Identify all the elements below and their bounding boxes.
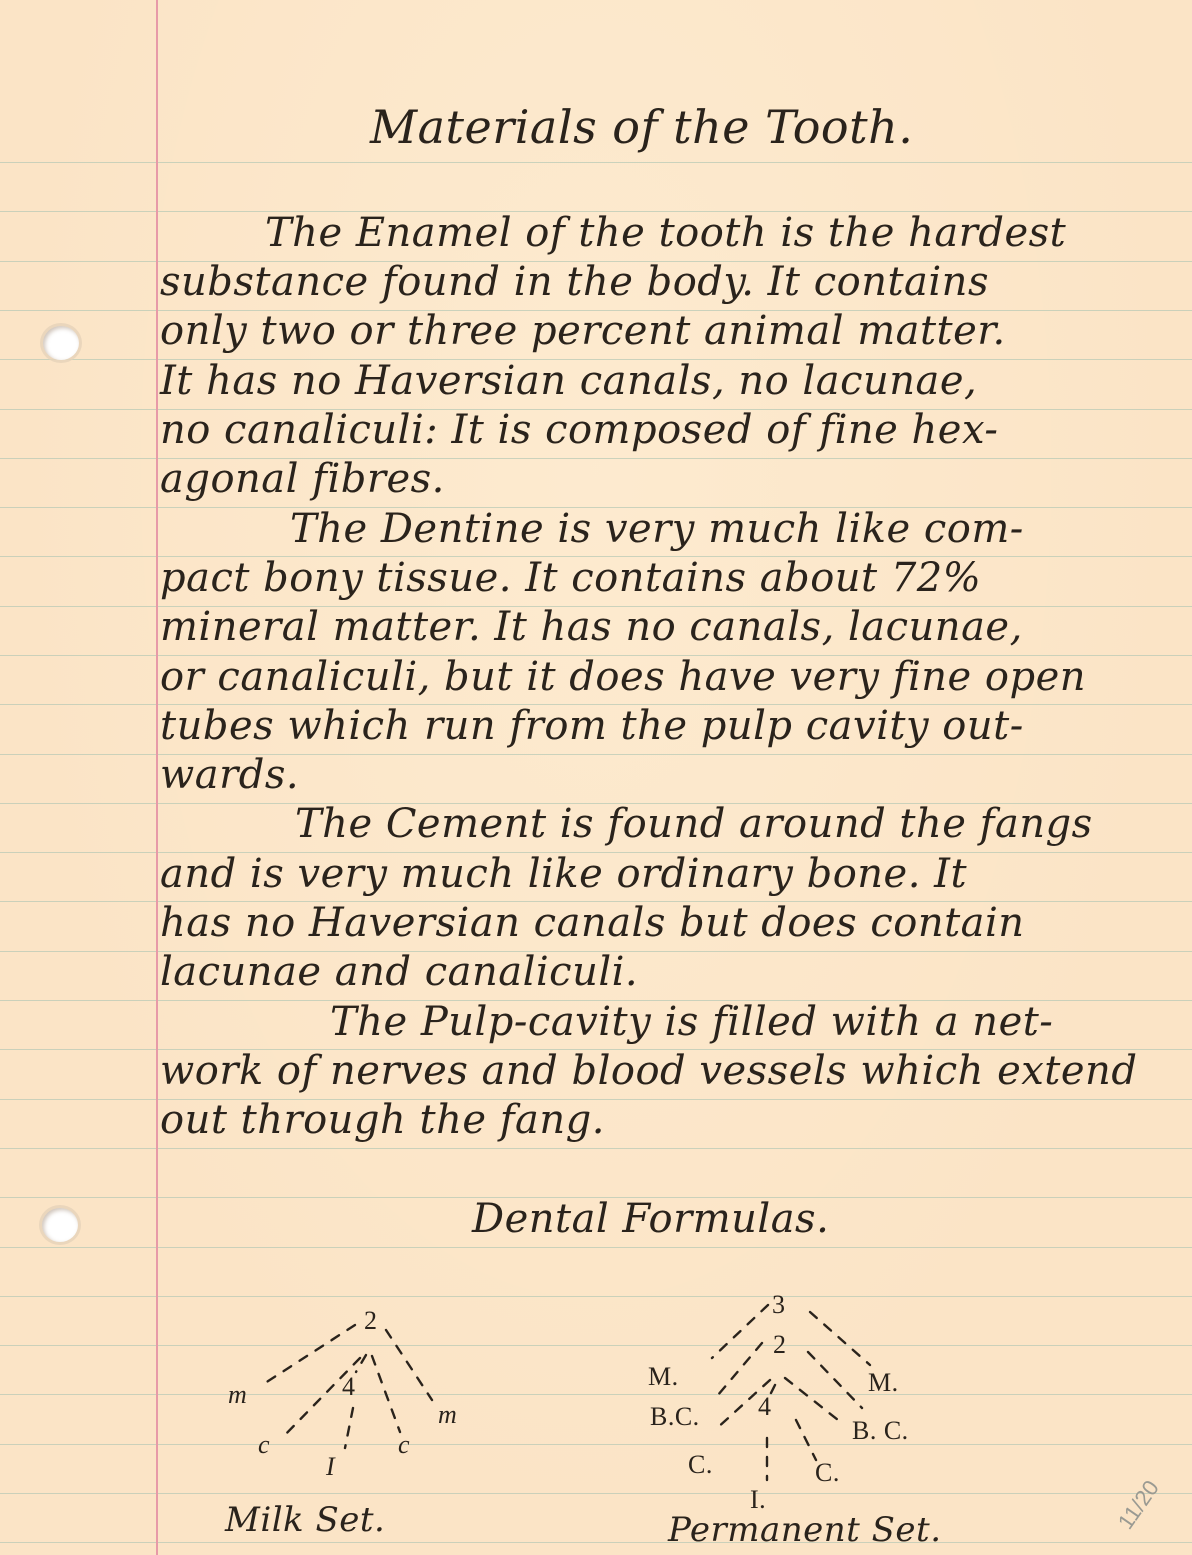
permanent-label-bc-left: B.C. — [650, 1402, 700, 1432]
permanent-label-c-right: C. — [815, 1458, 840, 1488]
permanent-number-3: 3 — [772, 1290, 786, 1320]
permanent-label-bc-right: B. C. — [852, 1416, 909, 1446]
permanent-set-connectors — [0, 0, 1192, 1555]
permanent-label-m-left: M. — [648, 1362, 679, 1392]
permanent-label-c-left: C. — [688, 1450, 713, 1480]
notebook-page: Materials of the Tooth. The Enamel of th… — [0, 0, 1192, 1555]
permanent-label-m-right: M. — [868, 1368, 899, 1398]
permanent-number-2: 2 — [773, 1330, 787, 1360]
permanent-set-caption: Permanent Set. — [668, 1510, 942, 1550]
permanent-number-4: 4 — [758, 1392, 772, 1422]
